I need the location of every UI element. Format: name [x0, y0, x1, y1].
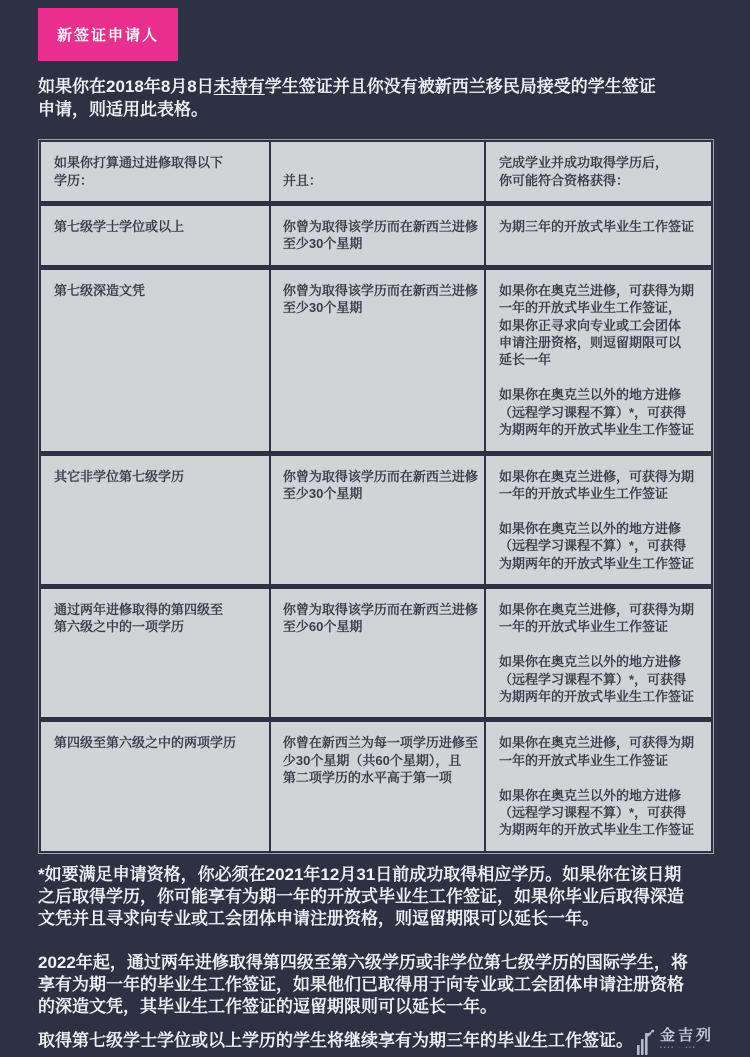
table-cell: 如果你在奥克兰进修，可获得为期 一年的开放式毕业生工作签证 如果你在奥克兰以外的…: [486, 456, 711, 584]
cell-text: 如果你在奥克兰进修，可获得为期 一年的开放式毕业生工作签证， 如果你正寻求向专业…: [499, 282, 701, 439]
jjl-logo-name: 金吉列: [660, 1028, 714, 1043]
table-cell: 你曾为取得该学历而在新西兰进修 至少30个星期: [271, 456, 484, 584]
jjl-logo-icon: [634, 1028, 658, 1057]
cell-text: 你曾在新西兰为每一项学历进修至 少30个星期（共60个星期），且 第二项学历的水…: [283, 734, 478, 786]
table-cell: 第四级至第六级之中的两项学历: [41, 722, 269, 850]
header-text: 并且：: [283, 172, 322, 189]
table-row: 其它非学位第七级学历 你曾为取得该学历而在新西兰进修 至少30个星期 如果你在奥…: [41, 456, 711, 584]
cell-text: 为期三年的开放式毕业生工作签证: [499, 218, 701, 235]
table-row: 第七级深造文凭 你曾为取得该学历而在新西兰进修 至少30个星期 如果你在奥克兰进…: [41, 270, 711, 451]
cell-text: 第七级学士学位或以上: [54, 218, 259, 235]
table-header-cell: 如果你打算通过进修取得以下 学历：: [41, 142, 269, 201]
table-cell: 第七级学士学位或以上: [41, 206, 269, 265]
table-row: 通过两年进修取得的第四级至 第六级之中的一项学历 你曾为取得该学历而在新西兰进修…: [41, 589, 711, 717]
qualification-table: 如果你打算通过进修取得以下 学历： 并且： 完成学业并成功取得学历后， 你可能符…: [38, 139, 714, 854]
bottom-row: 取得第七级学士学位或以上学历的学生将继续享有为期三年的毕业生工作签证。 金吉列 …: [38, 1030, 714, 1057]
cell-text: 第四级至第六级之中的两项学历: [54, 734, 259, 751]
cell-text: 你曾为取得该学历而在新西兰进修 至少60个星期: [283, 601, 478, 636]
table-cell: 你曾在新西兰为每一项学历进修至 少30个星期（共60个星期），且 第二项学历的水…: [271, 722, 484, 850]
intro-underlined: 未持有: [214, 77, 265, 96]
cell-text: 其它非学位第七级学历: [54, 468, 259, 485]
table-cell: 为期三年的开放式毕业生工作签证: [486, 206, 711, 265]
table-cell: 你曾为取得该学历而在新西兰进修 至少60个星期: [271, 589, 484, 717]
visa-info-page: 新签证申请人 如果你在2018年8月8日未持有学生签证并且你没有被新西兰移民局接…: [0, 0, 750, 1057]
table-row: 第四级至第六级之中的两项学历 你曾在新西兰为每一项学历进修至 少30个星期（共6…: [41, 722, 711, 850]
table-cell: 你曾为取得该学历而在新西兰进修 至少30个星期: [271, 206, 484, 265]
jjl-logo: 金吉列 •••• · •••: [634, 1028, 714, 1057]
table-cell: 如果你在奥克兰进修，可获得为期 一年的开放式毕业生工作签证， 如果你正寻求向专业…: [486, 270, 711, 451]
cell-text: 第七级深造文凭: [54, 282, 259, 299]
cell-text: 你曾为取得该学历而在新西兰进修 至少30个星期: [283, 468, 478, 503]
table-cell: 如果你在奥克兰进修，可获得为期 一年的开放式毕业生工作签证 如果你在奥克兰以外的…: [486, 722, 711, 850]
table-header-row: 如果你打算通过进修取得以下 学历： 并且： 完成学业并成功取得学历后， 你可能符…: [41, 142, 711, 201]
table-header-cell: 并且：: [271, 142, 484, 201]
cell-text: 你曾为取得该学历而在新西兰进修 至少30个星期: [283, 218, 478, 253]
cell-text: 如果你在奥克兰进修，可获得为期 一年的开放式毕业生工作签证 如果你在奥克兰以外的…: [499, 601, 701, 705]
table-header-cell: 完成学业并成功取得学历后， 你可能符合资格获得：: [486, 142, 711, 201]
table-cell: 其它非学位第七级学历: [41, 456, 269, 584]
header-text: 完成学业并成功取得学历后， 你可能符合资格获得：: [499, 154, 668, 189]
jjl-logo-tagline: •••• · •••: [660, 1046, 714, 1051]
footnote-eligibility: *如要满足申请资格，你必须在2021年12月31日前成功取得相应学历。如果你在该…: [38, 864, 714, 930]
cell-text: 如果你在奥克兰进修，可获得为期 一年的开放式毕业生工作签证 如果你在奥克兰以外的…: [499, 468, 701, 572]
new-applicant-tab[interactable]: 新签证申请人: [38, 8, 178, 61]
footnote-level7: 取得第七级学士学位或以上学历的学生将继续享有为期三年的毕业生工作签证。: [38, 1030, 634, 1052]
cell-text: 通过两年进修取得的第四级至 第六级之中的一项学历: [54, 601, 259, 636]
table-row: 第七级学士学位或以上 你曾为取得该学历而在新西兰进修 至少30个星期 为期三年的…: [41, 206, 711, 265]
table-cell: 如果你在奥克兰进修，可获得为期 一年的开放式毕业生工作签证 如果你在奥克兰以外的…: [486, 589, 711, 717]
intro-text: 如果你在2018年8月8日未持有学生签证并且你没有被新西兰移民局接受的学生签证 …: [38, 75, 714, 121]
intro-pre: 如果你在2018年8月8日: [38, 77, 214, 96]
table-cell: 你曾为取得该学历而在新西兰进修 至少30个星期: [271, 270, 484, 451]
cell-text: 你曾为取得该学历而在新西兰进修 至少30个星期: [283, 282, 478, 317]
footnote-2022-rule: 2022年起，通过两年进修取得第四级至第六级学历或非学位第七级学历的国际学生，将…: [38, 952, 714, 1018]
cell-text: 如果你在奥克兰进修，可获得为期 一年的开放式毕业生工作签证 如果你在奥克兰以外的…: [499, 734, 701, 838]
header-text: 如果你打算通过进修取得以下 学历：: [54, 154, 223, 189]
table-cell: 通过两年进修取得的第四级至 第六级之中的一项学历: [41, 589, 269, 717]
table-cell: 第七级深造文凭: [41, 270, 269, 451]
